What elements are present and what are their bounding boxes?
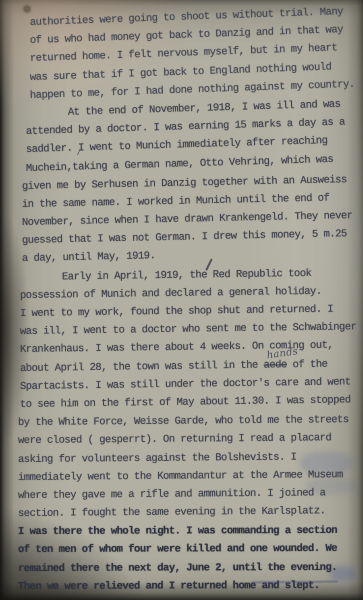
text-line: remained there the next day, June 2, unt… <box>18 558 360 577</box>
handwritten-correction: hands <box>265 343 299 365</box>
text-line: I was there the whole night. I was comma… <box>18 522 360 541</box>
typed-text-block: authorities were going to shoot us witho… <box>18 14 360 596</box>
text-line: section. I fought the same evening in th… <box>18 502 360 523</box>
text-line: Then we were relieved and I returned hom… <box>18 577 360 596</box>
document-photo: authorities were going to shoot us witho… <box>0 0 363 600</box>
line-prefix: about April 28, the town was still in th… <box>20 359 264 374</box>
corrected-word: aedehands <box>263 356 286 375</box>
text-line: were closed ( gesperrt). On returning I … <box>18 429 360 450</box>
text-line: of ten men of whom four were killed and … <box>18 540 360 559</box>
